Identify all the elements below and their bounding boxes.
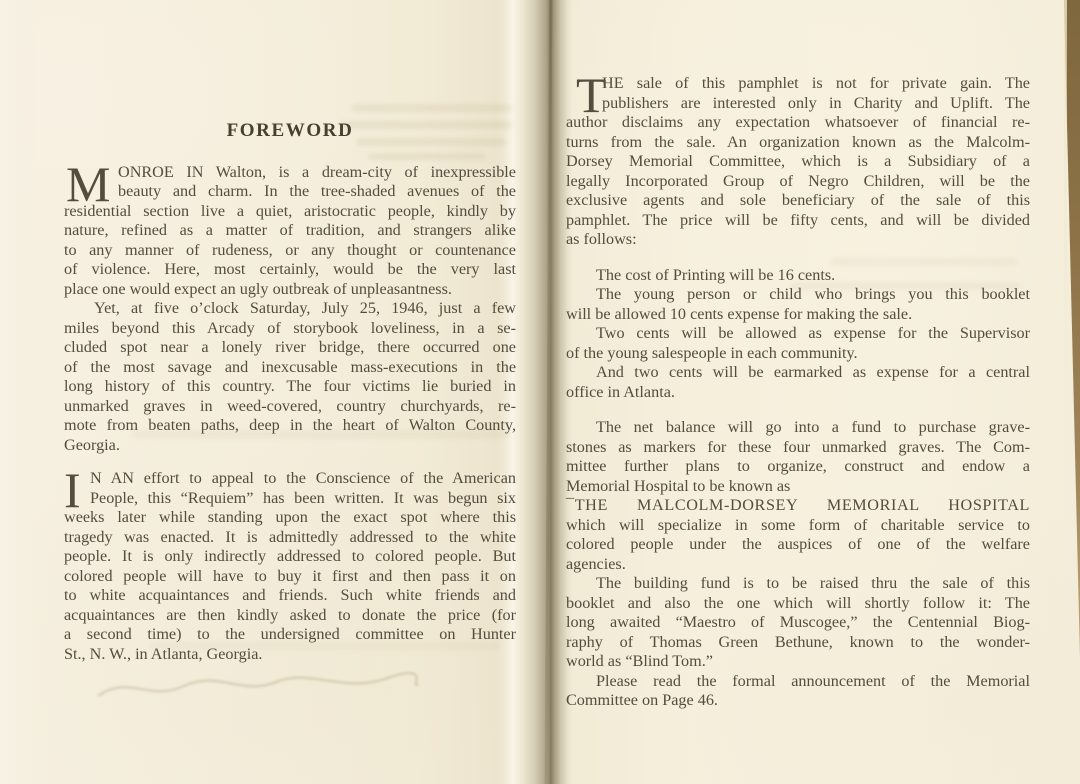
text-line: a second time) to the undersigned commit… [64, 625, 516, 645]
text-line: Memorial Hospital to be known as [566, 477, 1030, 497]
drop-cap-letter: M [66, 164, 110, 204]
text-line: HE sale of this pamphlet is not for priv… [566, 74, 1030, 94]
text-line: long history of this country. The four v… [64, 377, 516, 397]
para-announcement: Please read the formal announcement of t… [566, 672, 1030, 711]
text-line: pamphlet. The price will be fifty cents,… [566, 211, 1030, 231]
para-monroe: MONROE IN Walton, is a dream-city of ine… [64, 163, 516, 300]
text-line: N AN effort to appeal to the Conscience … [64, 469, 516, 489]
text-line: nature, refined as a matter of tradition… [64, 221, 516, 241]
para-in-an-effort: IN AN effort to appeal to the Conscience… [64, 469, 516, 664]
para-building-fund: The building fund is to be raised thru t… [566, 574, 1030, 672]
text-line: Dorsey Memorial Committee, which is a Su… [566, 152, 1030, 172]
text-line: which will specialize in some form of ch… [566, 516, 1030, 536]
text-line: Committee on Page 46. [566, 691, 1030, 711]
text-line: office in Atlanta. [566, 383, 1030, 403]
text-line: place one would expect an ugly outbreak … [64, 280, 516, 300]
book-spread-scan: FOREWORD MONROE IN Walton, is a dream-ci… [0, 0, 1080, 784]
text-line: agencies. [566, 555, 1030, 575]
text-line: of the most savage and inexcusable mass-… [64, 358, 516, 378]
text-line: ¯THE MALCOLM-DORSEY MEMORIAL HOSPITAL [566, 496, 1030, 516]
text-line: stones as markers for these four unmarke… [566, 438, 1030, 458]
text-line: author disclaims any expectation whatsoe… [566, 113, 1030, 133]
para-hospital-purpose: which will specialize in some form of ch… [566, 516, 1030, 575]
right-page-text: THE sale of this pamphlet is not for pri… [566, 74, 1030, 711]
text-line: miles beyond this Arcady of storybook lo… [64, 319, 516, 339]
left-page-text: FOREWORD MONROE IN Walton, is a dream-ci… [64, 0, 516, 664]
left-page-edge [0, 0, 40, 784]
text-line: mittee further plans to organize, constr… [566, 457, 1030, 477]
text-line: unmarked graves in weed-covered, country… [64, 397, 516, 417]
para-yet-at-five: Yet, at five o’clock Saturday, July 25, … [64, 299, 516, 455]
text-line: raphy of Thomas Green Bethune, known to … [566, 633, 1030, 653]
text-line: people. It is only indirectly addressed … [64, 547, 516, 567]
text-line: turns from the sale. An organization kno… [566, 133, 1030, 153]
text-line: long awaited “Maestro of Muscogee,” the … [566, 613, 1030, 633]
text-line: Georgia. [64, 436, 516, 456]
text-line: And two cents will be earmarked as expen… [566, 363, 1030, 383]
text-line: publishers are interested only in Charit… [566, 94, 1030, 114]
text-line: to white acquaintances and friends. Such… [64, 586, 516, 606]
item-salesperson-expense: The young person or child who brings you… [566, 285, 1030, 324]
text-line: booklet and also the one which will shor… [566, 594, 1030, 614]
text-line: mote from beaten paths, deep in the hear… [64, 416, 516, 436]
text-line: Yet, at five o’clock Saturday, July 25, … [64, 299, 516, 319]
text-line: beauty and charm. In the tree-shaded ave… [64, 182, 516, 202]
text-line: weeks later while standing upon the exac… [64, 508, 516, 528]
text-line: The building fund is to be raised thru t… [566, 574, 1030, 594]
text-line: world as “Blind Tom.” [566, 652, 1030, 672]
drop-cap-letter: T [576, 75, 607, 115]
text-line: The young person or child who brings you… [566, 285, 1030, 305]
para-net-balance: The net balance will go into a fund to p… [566, 418, 1030, 496]
text-line: colored people will have to buy it first… [64, 567, 516, 587]
item-central-office-expense: And two cents will be earmarked as expen… [566, 363, 1030, 402]
item-printing-cost: The cost of Printing will be 16 cents. [566, 266, 1030, 286]
text-line: Two cents will be allowed as expense for… [566, 324, 1030, 344]
foreword-heading: FOREWORD [64, 121, 516, 141]
text-line: legally Incorporated Group of Negro Chil… [566, 172, 1030, 192]
text-line: The net balance will go into a fund to p… [566, 418, 1030, 438]
text-line: of the young salespeople in each communi… [566, 344, 1030, 364]
text-line: People, this “Requiem” has been written.… [64, 489, 516, 509]
text-line: tragedy was enacted. It is admittedly ad… [64, 528, 516, 548]
left-page-body: MONROE IN Walton, is a dream-city of ine… [64, 163, 516, 665]
text-line: Please read the formal announcement of t… [566, 672, 1030, 692]
line-hospital-name: ¯THE MALCOLM-DORSEY MEMORIAL HOSPITAL [566, 496, 1030, 516]
item-supervisor-expense: Two cents will be allowed as expense for… [566, 324, 1030, 363]
text-line: The cost of Printing will be 16 cents. [566, 266, 1030, 286]
text-line: of violence. Here, most certainly, would… [64, 260, 516, 280]
text-line: St., N. W., in Atlanta, Georgia. [64, 645, 516, 665]
text-line: as follows: [566, 230, 1030, 250]
text-line: ONROE IN Walton, is a dream-city of inex… [64, 163, 516, 183]
text-line: will be allowed 10 cents expense for mak… [566, 305, 1030, 325]
text-line: exclusive agents and sole beneficiary of… [566, 191, 1030, 211]
text-line: acquaintances are then kindly asked to d… [64, 606, 516, 626]
text-line: cluded spot near a lonely river bridge, … [64, 338, 516, 358]
text-line: residential section live a quiet, aristo… [64, 202, 516, 222]
fore-edge-highlight [1064, 0, 1067, 420]
text-line: to any manner of rudeness, or any though… [64, 241, 516, 261]
bleedthrough-signature [92, 662, 422, 718]
drop-cap-letter: I [64, 470, 81, 510]
text-line: colored people under the auspices of one… [566, 535, 1030, 555]
para-sale-of-pamphlet: THE sale of this pamphlet is not for pri… [566, 74, 1030, 250]
